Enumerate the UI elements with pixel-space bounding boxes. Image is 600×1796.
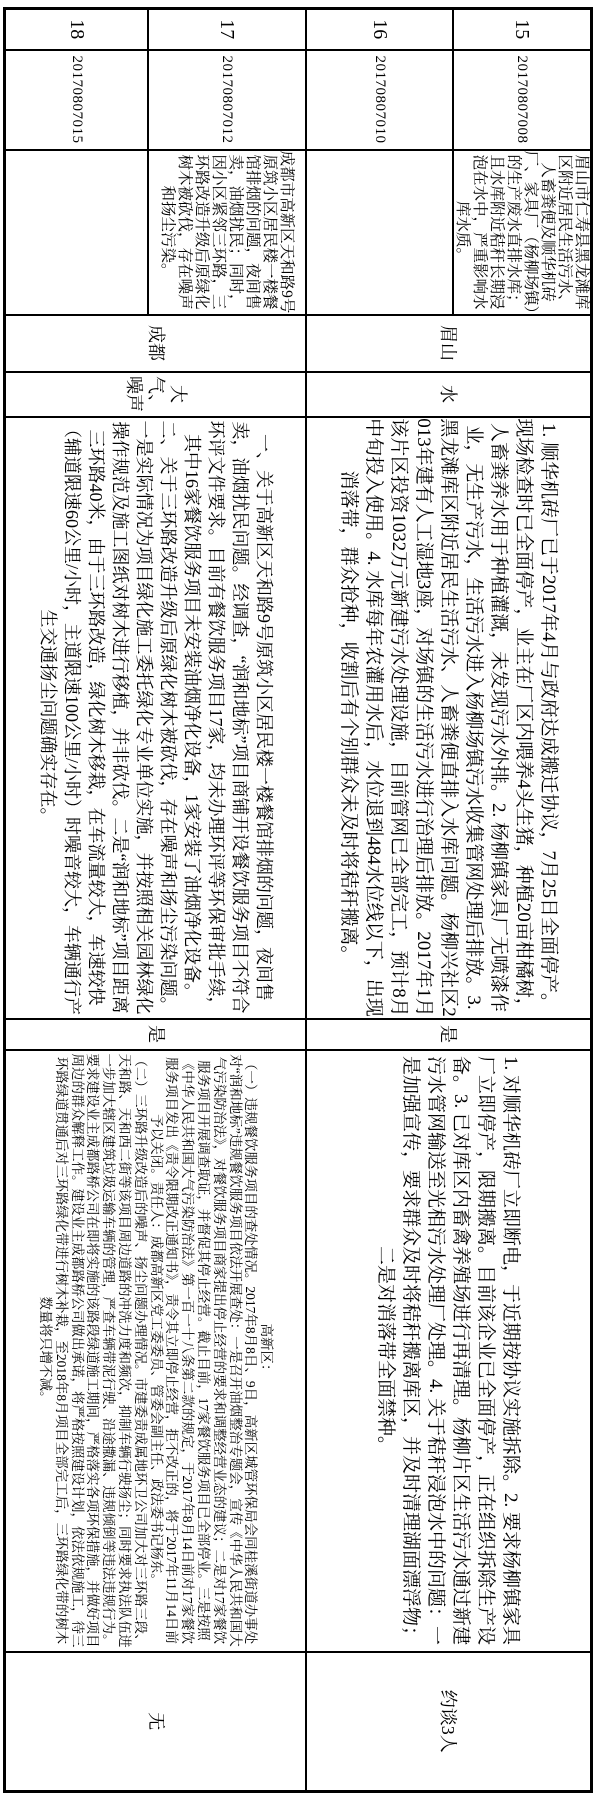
verified-cell: 是 (5, 1019, 306, 1050)
table-row: 17 20170807012 成都市高新区天和路9号原筑小区居民楼一楼餐馆排烟的… (148, 9, 306, 1792)
case-number-cell: 20170807015 (5, 50, 148, 150)
issue-cell: 眉山市仁寿县黑龙滩库区附近居民生活污水、人畜粪便及顺华机砖厂、家具厂（杨柳场镇）… (453, 150, 592, 315)
seq-cell: 15 (453, 9, 592, 50)
issue-cell-empty (5, 150, 148, 315)
case-number-cell: 20170807008 (453, 50, 592, 150)
pollution-type-cell: 大气、噪声 (5, 372, 306, 417)
table-row: 15 20170807008 眉山市仁寿县黑龙滩库区附近居民生活污水、人畜粪便及… (453, 9, 592, 1792)
investigation-cell: 1. 顺华机砖厂已于2017年4月与政府达成搬迁协议，7月25日全面停产。现场检… (306, 417, 592, 1019)
seq-cell: 18 (5, 9, 148, 50)
region-cell: 眉山 (306, 315, 592, 372)
case-number-cell: 20170807010 (306, 50, 453, 150)
scanned-page: 15 20170807008 眉山市仁寿县黑龙滩库区附近居民生活污水、人畜粪便及… (0, 0, 600, 1796)
accountability-cell: 无 (5, 1652, 306, 1792)
region-cell: 成都 (5, 315, 306, 372)
seq-cell: 16 (306, 9, 453, 50)
page-rotor: 15 20170807008 眉山市仁寿县黑龙滩库区附近居民生活污水、人畜粪便及… (0, 0, 600, 1796)
case-number-cell: 20170807012 (148, 50, 306, 150)
issue-cell: 成都市高新区天和路9号原筑小区居民楼一楼餐馆排烟的问题，夜间售卖，油烟扰民；同时… (148, 150, 306, 315)
action-cell: 高新区： （一）违规餐饮服务项目的查处情况。2017年8月8日、9日，高新区城管… (5, 1050, 306, 1652)
issue-cell-empty (306, 150, 453, 315)
complaint-table: 15 20170807008 眉山市仁寿县黑龙滩库区附近居民生活污水、人畜粪便及… (4, 7, 594, 1793)
verified-cell: 是 (306, 1019, 592, 1050)
pollution-type-cell: 水 (306, 372, 592, 417)
seq-cell: 17 (148, 9, 306, 50)
investigation-cell: 一、关于高新区天和路9号原筑小区居民楼一楼餐馆排烟的问题，夜间售卖，油烟扰民问题… (5, 417, 306, 1019)
action-cell: 1. 对顺华机砖厂立即断电，于近期按协议实施拆除。2. 要求杨柳镇家具厂立即停产… (306, 1050, 592, 1652)
accountability-cell: 约谈3人 (306, 1652, 592, 1792)
